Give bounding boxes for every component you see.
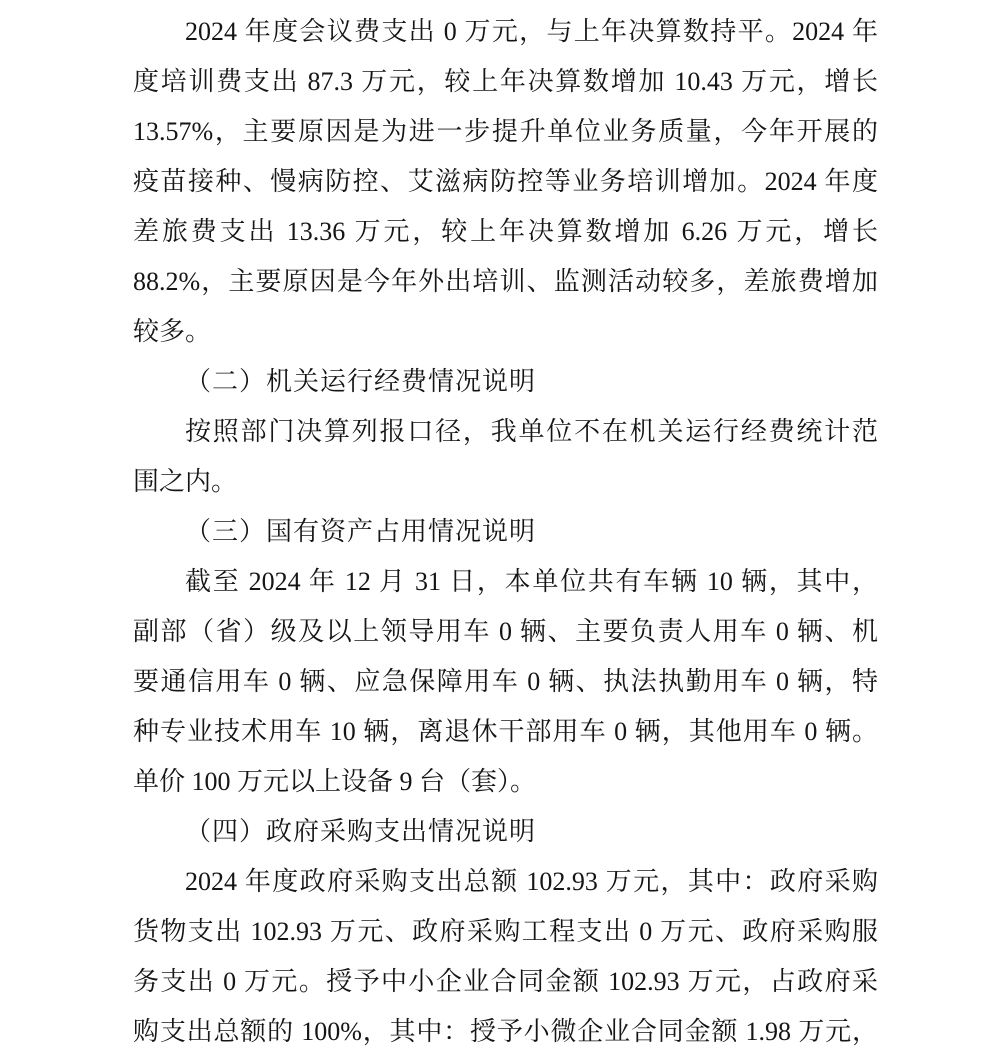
body-line: 88.2%，主要原因是今年外出培训、监测活动较多，差旅费增加 xyxy=(133,257,878,307)
body-line: 种专业技术用车 10 辆，离退休干部用车 0 辆，其他用车 0 辆。 xyxy=(133,707,878,757)
body-line: 按照部门决算列报口径，我单位不在机关运行经费统计范 xyxy=(133,407,878,457)
body-line: 围之内。 xyxy=(133,457,878,507)
body-line: 要通信用车 0 辆、应急保障用车 0 辆、执法执勤用车 0 辆，特 xyxy=(133,657,878,707)
section-heading: （四）政府采购支出情况说明 xyxy=(133,807,878,857)
body-line: 疫苗接种、慢病防控、艾滋病防控等业务培训增加。2024 年度 xyxy=(133,157,878,207)
body-line: 13.57%，主要原因是为进一步提升单位业务质量，今年开展的 xyxy=(133,107,878,157)
section-heading: （二）机关运行经费情况说明 xyxy=(133,357,878,407)
body-line: 截至 2024 年 12 月 31 日，本单位共有车辆 10 辆，其中， xyxy=(133,557,878,607)
body-line: 货物支出 102.93 万元、政府采购工程支出 0 万元、政府采购服 xyxy=(133,907,878,957)
body-line: 务支出 0 万元。授予中小企业合同金额 102.93 万元，占政府采 xyxy=(133,957,878,1007)
body-line: 购支出总额的 100%，其中：授予小微企业合同金额 1.98 万元， xyxy=(133,1007,878,1056)
body-line: 2024 年度政府采购支出总额 102.93 万元，其中：政府采购 xyxy=(133,857,878,907)
body-line: 副部（省）级及以上领导用车 0 辆、主要负责人用车 0 辆、机 xyxy=(133,607,878,657)
body-line: 较多。 xyxy=(133,307,878,357)
section-heading: （三）国有资产占用情况说明 xyxy=(133,507,878,557)
body-line: 2024 年度会议费支出 0 万元，与上年决算数持平。2024 年 xyxy=(133,7,878,57)
body-line: 度培训费支出 87.3 万元，较上年决算数增加 10.43 万元，增长 xyxy=(133,57,878,107)
body-line: 差旅费支出 13.36 万元，较上年决算数增加 6.26 万元，增长 xyxy=(133,207,878,257)
body-line: 单价 100 万元以上设备 9 台（套）。 xyxy=(133,757,878,807)
document-page: 2024 年度会议费支出 0 万元，与上年决算数持平。2024 年 度培训费支出… xyxy=(0,0,1000,1056)
